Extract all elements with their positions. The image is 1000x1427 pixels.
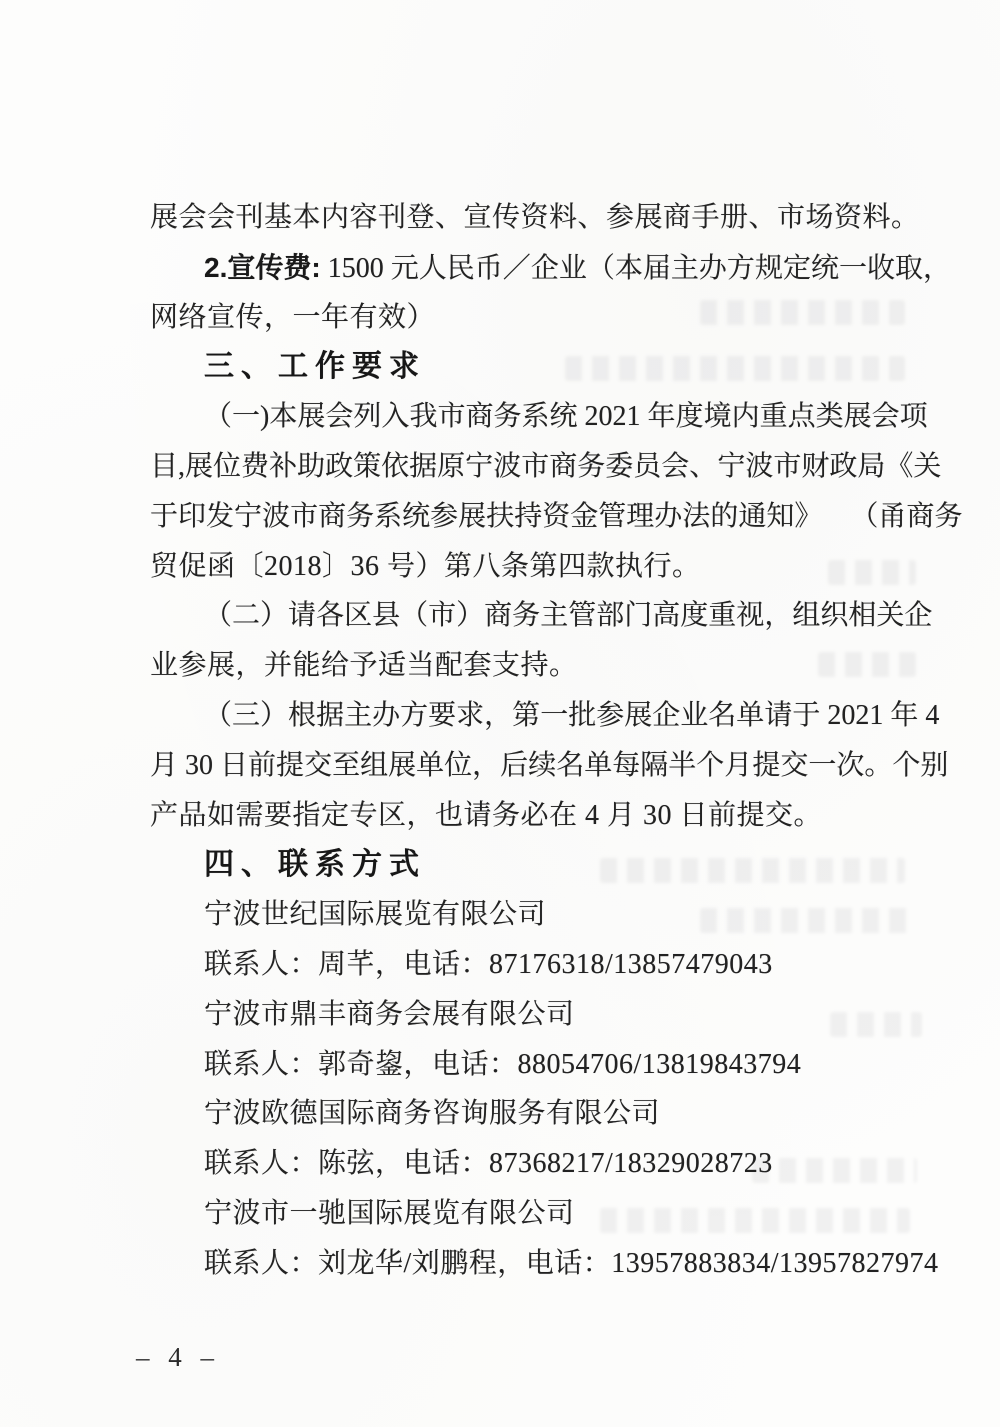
contact-line: 联系人：郭奇鋆，电话：88054706/13819843794	[150, 1040, 920, 1090]
fee-item-line: 网络宣传，一年有效）	[150, 293, 920, 343]
contact-line: 联系人：周芊，电话：87176318/13857479043	[150, 940, 920, 990]
contact-line: 联系人：陈弦，电话：87368217/18329028723	[150, 1139, 920, 1189]
body-line: （三）根据主办方要求，第一批参展企业名单请于 2021 年 4	[150, 691, 920, 741]
paragraph-continuation-line: 展会会刊基本内容刊登、宣传资料、参展商手册、市场资料。	[150, 193, 920, 243]
fee-item-line: 2.宣传费: 1500 元人民币／企业（本届主办方规定统一收取，	[150, 243, 920, 293]
company-name-line: 宁波世纪国际展览有限公司	[150, 890, 920, 940]
company-name-line: 宁波市鼎丰商务会展有限公司	[150, 990, 920, 1040]
page-number: – 4 –	[136, 1340, 220, 1374]
document-body: 展会会刊基本内容刊登、宣传资料、参展商手册、市场资料。2.宣传费: 1500 元…	[150, 193, 920, 1289]
company-name-line: 宁波市一驰国际展览有限公司	[150, 1189, 920, 1239]
scanned-document-page: 展会会刊基本内容刊登、宣传资料、参展商手册、市场资料。2.宣传费: 1500 元…	[0, 0, 1000, 1427]
body-line: 月 30 日前提交至组展单位，后续名单每隔半个月提交一次。个别	[150, 741, 920, 791]
body-line: 目,展位费补助政策依据原宁波市商务委员会、宁波市财政局《关	[150, 442, 920, 492]
section-heading-work-requirements: 三、工作要求	[150, 342, 920, 392]
contact-line: 联系人：刘龙华/刘鹏程，电话：13957883834/13957827974	[150, 1239, 920, 1289]
body-line: 业参展，并能给予适当配套支持。	[150, 641, 920, 691]
body-line: 于印发宁波市商务系统参展扶持资金管理办法的通知》 （甬商务	[150, 492, 920, 542]
body-line: 产品如需要指定专区，也请务必在 4 月 30 日前提交。	[150, 791, 920, 841]
body-line: 贸促函〔2018〕36 号）第八条第四款执行。	[150, 542, 920, 592]
body-line: （一)本展会列入我市商务系统 2021 年度境内重点类展会项	[150, 392, 920, 442]
body-line: （二）请各区县（市）商务主管部门高度重视，组织相关企	[150, 591, 920, 641]
company-name-line: 宁波欧德国际商务咨询服务有限公司	[150, 1089, 920, 1139]
section-heading-contact-info: 四、联系方式	[150, 840, 920, 890]
